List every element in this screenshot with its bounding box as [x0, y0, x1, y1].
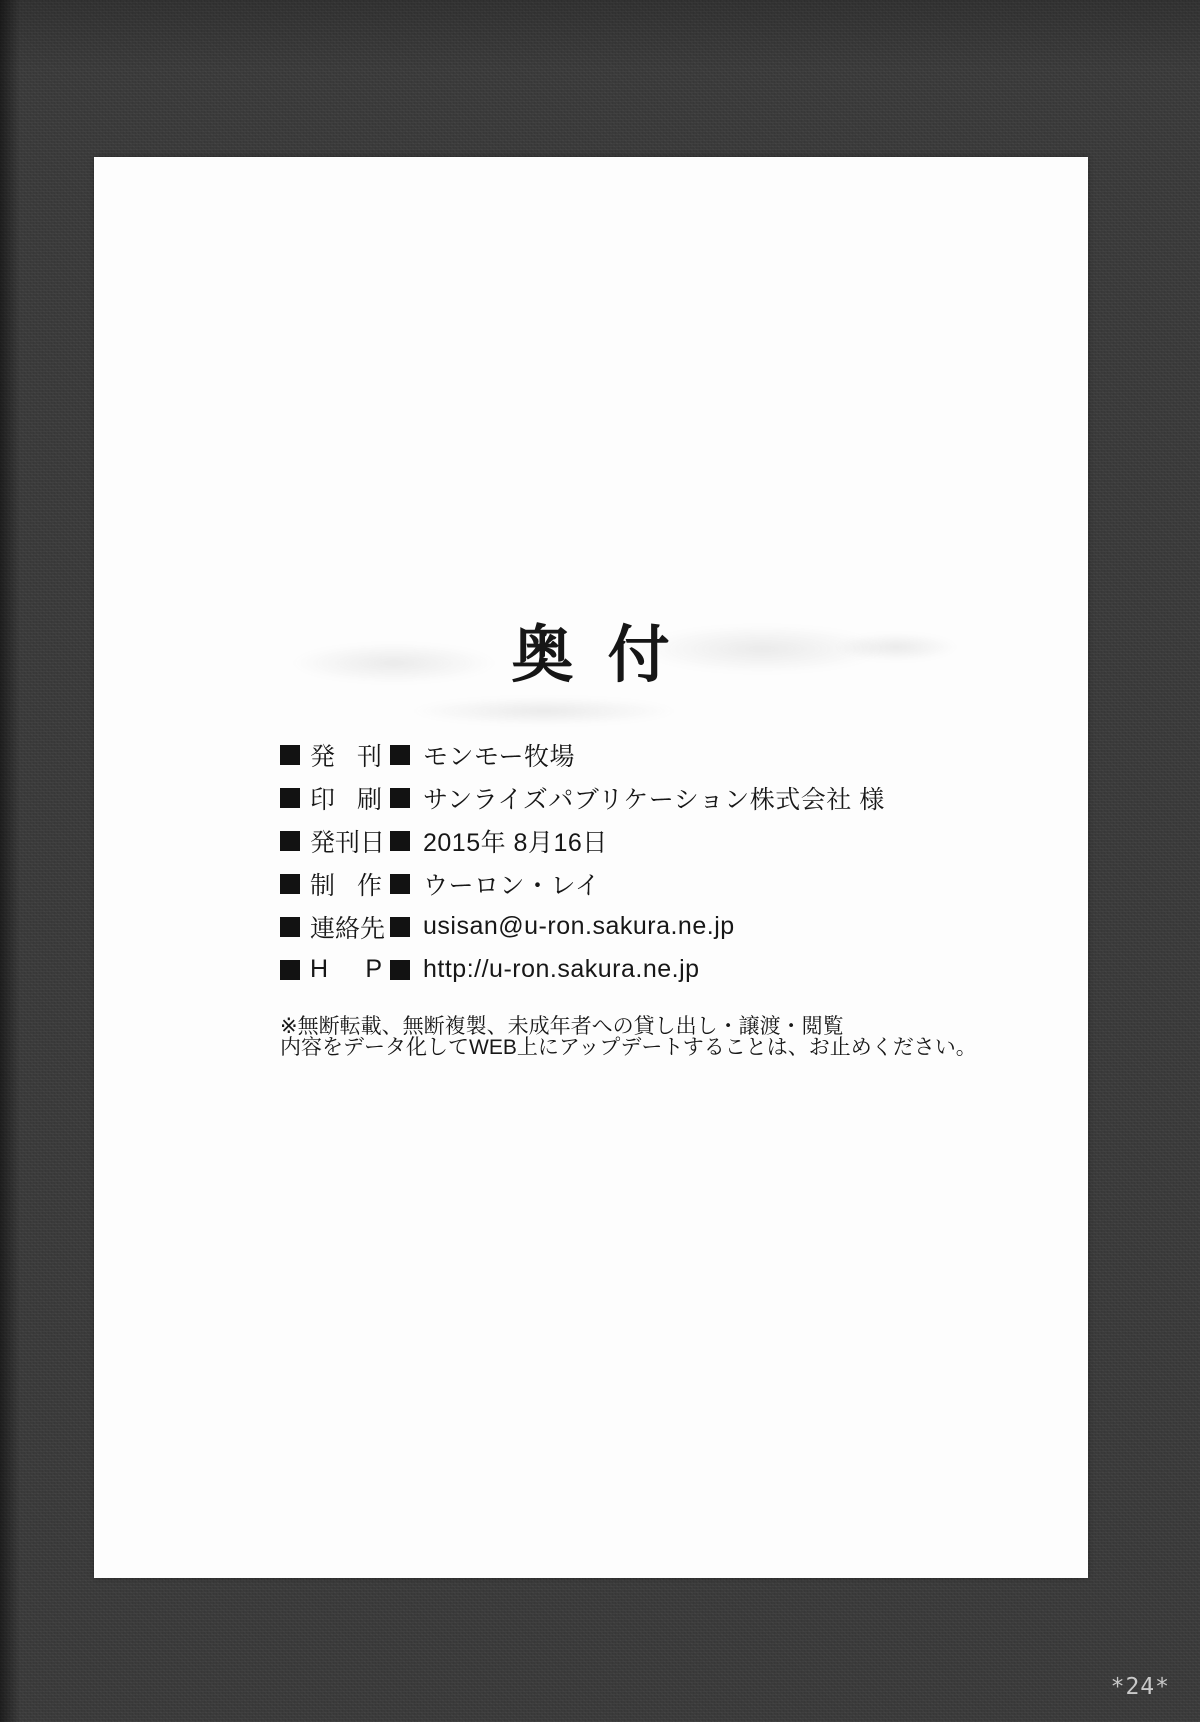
info-value-printer: サンライズパブリケーション株式会社 様: [423, 780, 885, 816]
scan-top-edge-shadow: [0, 0, 1200, 70]
info-label-homepage: H P: [310, 955, 382, 984]
scanned-page-background: 奥 付 発 刊 モンモー牧場 印 刷 サンライズパブリケーション株式会社 様 発…: [0, 0, 1200, 1722]
page-title: 奥 付: [94, 625, 1088, 687]
info-label-publish-date: 発刊日: [310, 823, 382, 859]
print-bleed-smudge: [414, 697, 674, 725]
colophon-info-list: 発 刊 モンモー牧場 印 刷 サンライズパブリケーション株式会社 様 発刊日 2…: [280, 742, 885, 1000]
info-value-contact-email: usisan@u-ron.sakura.ne.jp: [423, 912, 735, 941]
black-square-bullet-icon: [390, 745, 410, 765]
scan-left-edge-shadow: [0, 0, 20, 1722]
info-row-contact: 連絡先 usisan@u-ron.sakura.ne.jp: [280, 914, 885, 939]
info-row-production: 制 作 ウーロン・レイ: [280, 871, 885, 896]
black-square-bullet-icon: [280, 831, 300, 851]
info-row-homepage: H P http://u-ron.sakura.ne.jp: [280, 957, 885, 982]
notice-line-1: ※無断転載、無断複製、未成年者への貸し出し・譲渡・閲覧: [280, 1016, 977, 1037]
info-row-printer: 印 刷 サンライズパブリケーション株式会社 様: [280, 785, 885, 810]
notice-line-2: 内容をデータ化してWEB上にアップデートすることは、お止めください。: [280, 1037, 977, 1058]
info-label-production: 制 作: [310, 866, 382, 902]
black-square-bullet-icon: [280, 874, 300, 894]
colophon-page: 奥 付 発 刊 モンモー牧場 印 刷 サンライズパブリケーション株式会社 様 発…: [94, 157, 1088, 1578]
black-square-bullet-icon: [390, 960, 410, 980]
info-row-publish-date: 発刊日 2015年 8月16日: [280, 828, 885, 853]
info-value-homepage-url: http://u-ron.sakura.ne.jp: [423, 955, 700, 984]
info-label-printer: 印 刷: [310, 780, 382, 816]
info-value-publish-date: 2015年 8月16日: [423, 823, 608, 859]
info-label-contact: 連絡先: [310, 909, 382, 945]
black-square-bullet-icon: [390, 831, 410, 851]
black-square-bullet-icon: [280, 745, 300, 765]
black-square-bullet-icon: [390, 788, 410, 808]
info-value-production: ウーロン・レイ: [423, 866, 600, 902]
copyright-notice: ※無断転載、無断複製、未成年者への貸し出し・譲渡・閲覧 内容をデータ化してWEB…: [280, 1016, 977, 1058]
black-square-bullet-icon: [390, 874, 410, 894]
black-square-bullet-icon: [280, 960, 300, 980]
info-value-publisher: モンモー牧場: [423, 737, 575, 773]
page-number: *24*: [1111, 1674, 1170, 1700]
black-square-bullet-icon: [280, 788, 300, 808]
black-square-bullet-icon: [390, 917, 410, 937]
info-label-publisher: 発 刊: [310, 737, 382, 773]
black-square-bullet-icon: [280, 917, 300, 937]
info-row-publisher: 発 刊 モンモー牧場: [280, 742, 885, 767]
